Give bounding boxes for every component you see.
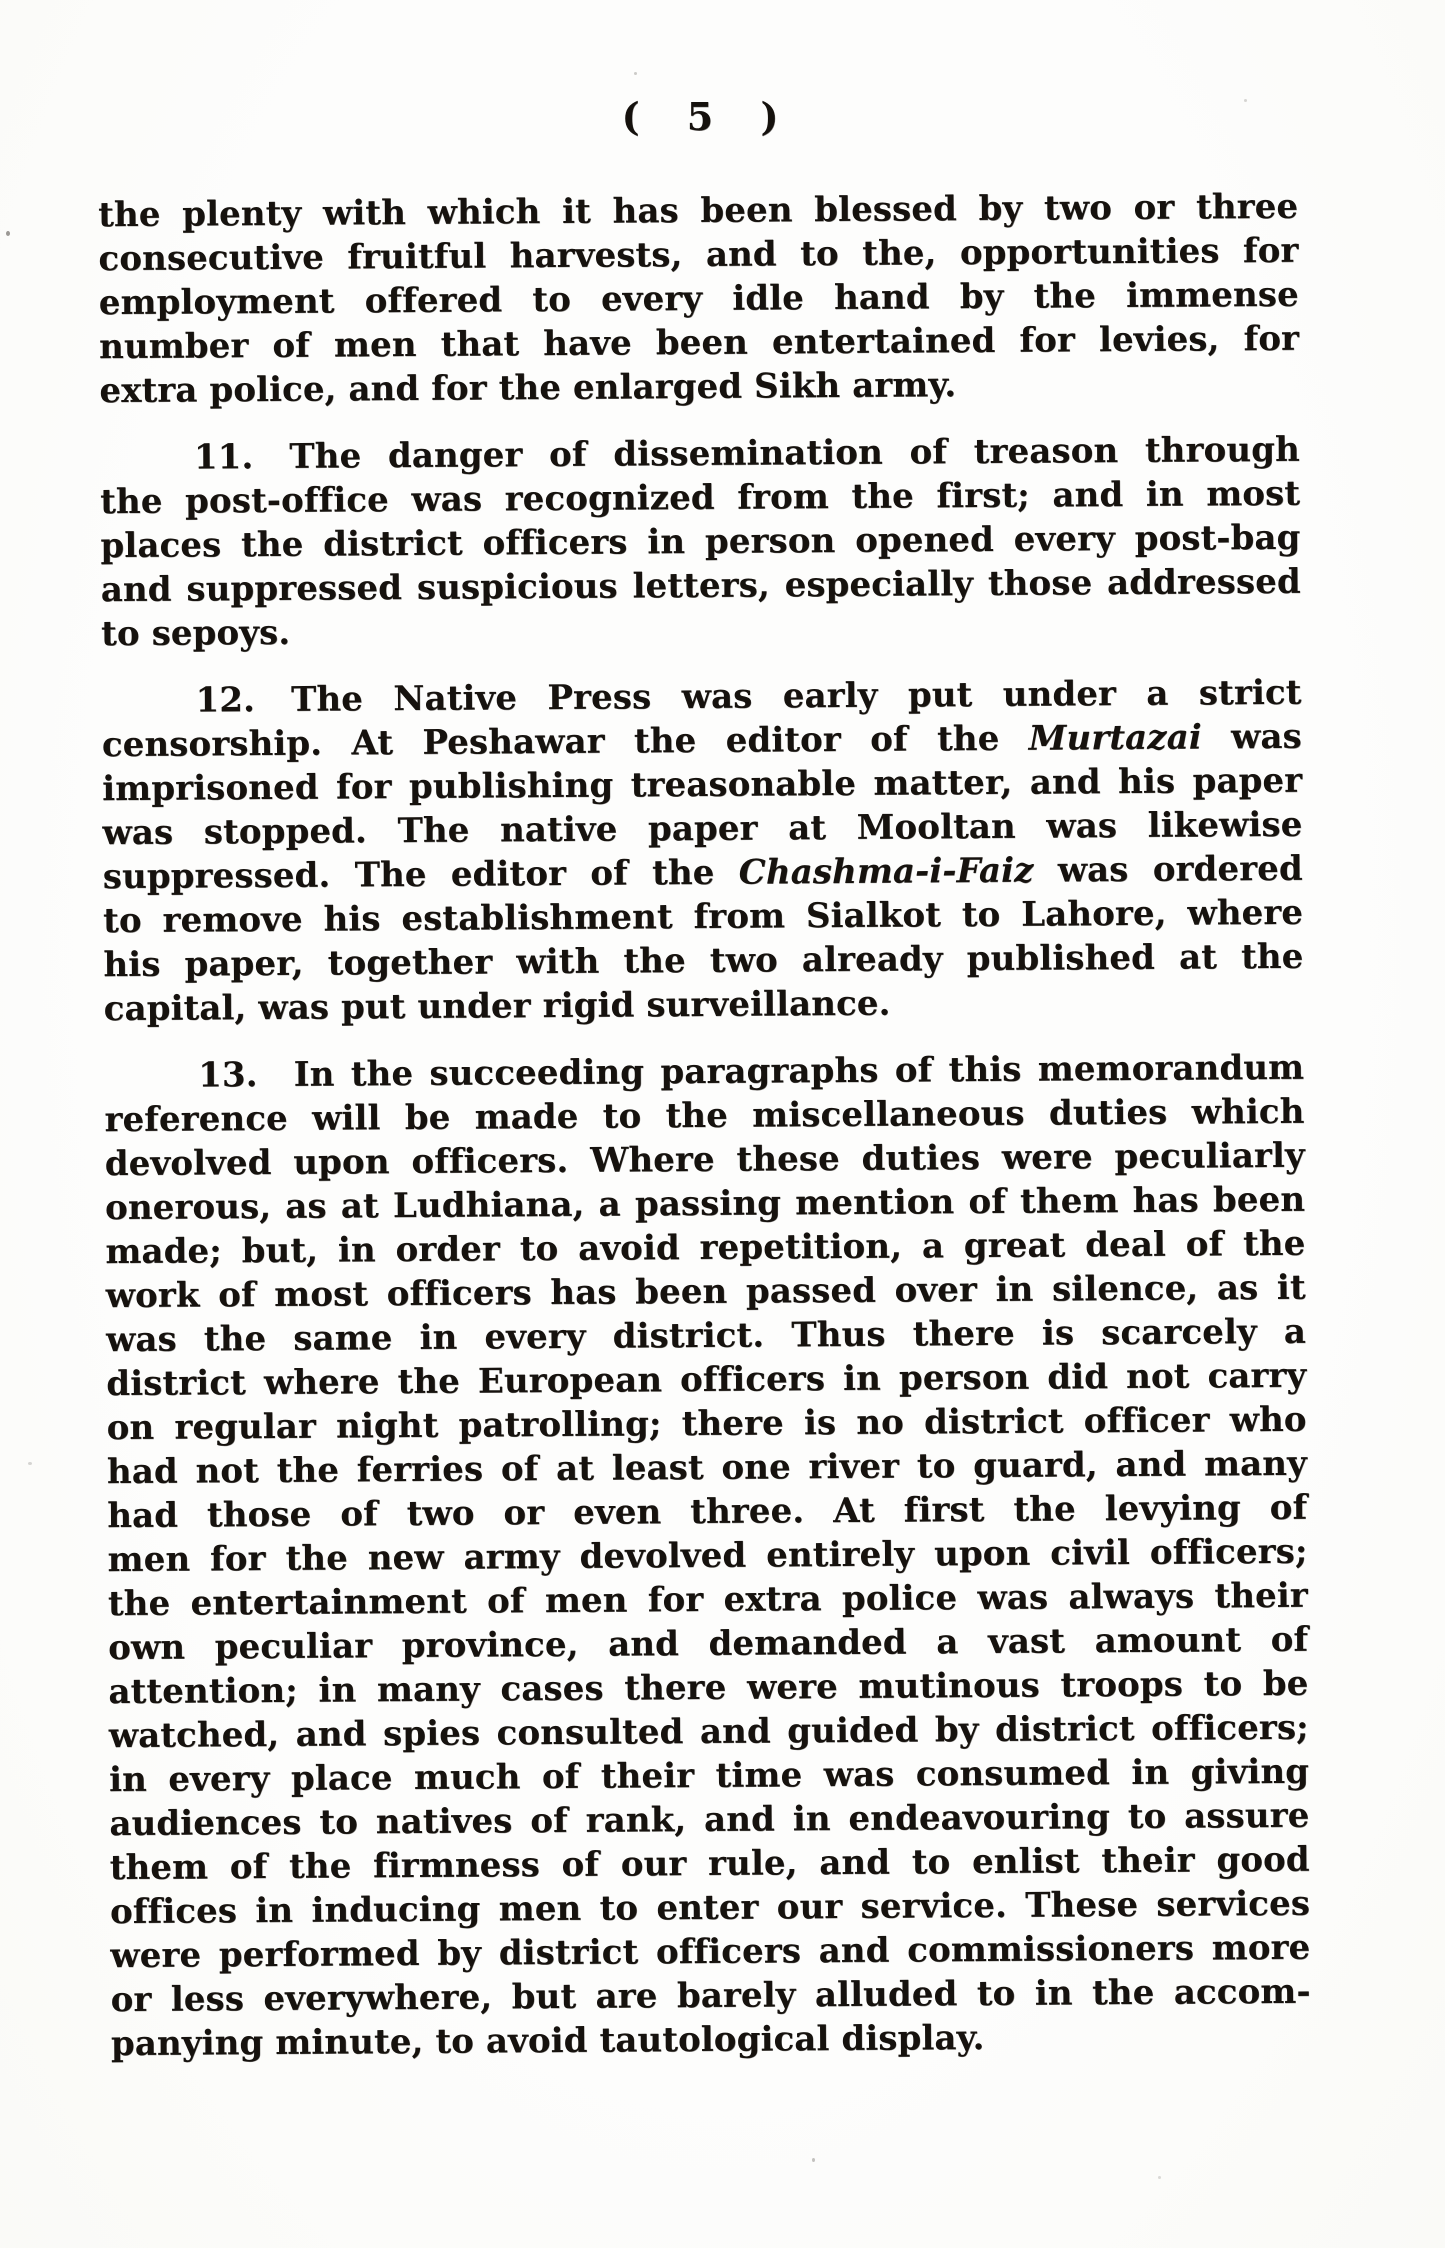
text-segment: had not the ferries of at least one rive… [107, 1444, 1307, 1492]
text-segment: was stopped. The native paper at Mooltan… [102, 805, 1302, 853]
paragraph: the plenty with which it has been blesse… [98, 185, 1300, 413]
paragraph-number: 11. [194, 437, 254, 477]
text-segment: the plenty with which it has been blesse… [98, 187, 1298, 235]
text-line: and suppressed suspicious letters, espec… [101, 560, 1301, 612]
text-line: panying minute, to avoid tautological di… [111, 2014, 1311, 2066]
paragraph: 13.In the succeeding paragraphs of this … [104, 1046, 1311, 2066]
text-segment: places the district officers in person o… [100, 518, 1300, 566]
text-segment: the entertainment of men for extra polic… [108, 1576, 1308, 1624]
text-segment: was [1202, 717, 1302, 758]
text-segment: and suppressed suspicious letters, espec… [101, 562, 1301, 610]
text-segment: employment offered to every idle hand by… [99, 275, 1299, 323]
text-segment: his paper, together with the two already… [103, 937, 1303, 985]
paragraph: 11.The danger of dissemination of treaso… [100, 428, 1302, 656]
ink-speck [28, 1462, 32, 1465]
text-line: capital, was put under rigid surveillanc… [104, 979, 1304, 1031]
ink-speck [1158, 2176, 1161, 2179]
text-segment: were performed by district officers and … [110, 1928, 1310, 1976]
text-segment: own peculiar province, and demanded a va… [108, 1620, 1308, 1668]
italic-publication-name: Chashma-i-Faiz [739, 851, 1034, 893]
text-segment: was the same in every district. Thus the… [106, 1312, 1306, 1360]
paragraph-number: 12. [195, 680, 255, 720]
text-segment: consecutive fruitful harvests, and to th… [98, 231, 1298, 279]
text-segment: district where the European officers in … [106, 1356, 1306, 1404]
text-segment: them of the firmness of our rule, and to… [110, 1840, 1310, 1888]
text-segment: attention; in many cases there were muti… [108, 1664, 1308, 1712]
text-segment: watched, and spies consulted and guided … [109, 1708, 1309, 1756]
text-line: number of men that have been entertained… [99, 317, 1299, 369]
text-segment: onerous, as at Ludhiana, a passing menti… [105, 1180, 1305, 1228]
paragraph: 12.The Native Press was early put under … [101, 671, 1303, 1031]
text-segment: In the succeeding paragraphs of this mem… [293, 1048, 1304, 1095]
text-segment: suppressed. The editor of the [103, 853, 739, 897]
text-line: or less everywhere, but are barely allud… [110, 1970, 1310, 2022]
page-number-header: ( 5 ) [0, 94, 1400, 139]
text-segment: reference will be made to the miscellane… [104, 1092, 1304, 1140]
text-segment: on regular night patrolling; there is no… [106, 1400, 1306, 1448]
text-segment: or less everywhere, but are barely allud… [110, 1972, 1310, 2020]
text-segment: offices in inducing men to enter our ser… [110, 1884, 1310, 1932]
ink-speck [6, 231, 10, 236]
text-segment: to remove his establishment from Sialkot… [103, 893, 1303, 941]
text-segment: the post-office was recognized from the … [100, 474, 1300, 522]
text-segment: number of men that have been entertained… [99, 319, 1299, 367]
paragraph-number: 13. [198, 1055, 258, 1095]
ink-speck [1244, 99, 1247, 102]
ink-speck [634, 72, 637, 75]
text-segment: was ordered [1033, 849, 1303, 891]
text-segment: extra police, and for the enlarged Sikh … [99, 365, 956, 411]
text-segment: made; but, in order to avoid repetition,… [105, 1224, 1305, 1272]
text-segment: had those of two or even three. At first… [107, 1488, 1307, 1536]
text-segment: in every place much of their time was co… [109, 1752, 1309, 1800]
ink-speck [812, 2158, 815, 2162]
text-segment: censorship. At Peshawar the editor of th… [102, 719, 1029, 765]
text-line: his paper, together with the two already… [103, 935, 1303, 987]
text-segment: The danger of dissemination of treason t… [289, 430, 1300, 477]
italic-publication-name: Murtazai [1029, 717, 1202, 758]
document-body: the plenty with which it has been blesse… [98, 185, 1311, 2066]
text-segment: panying minute, to avoid tautological di… [111, 2018, 985, 2064]
text-segment: The Native Press was early put under a s… [291, 673, 1302, 720]
text-segment: men for the new army devolved entirely u… [107, 1532, 1307, 1580]
text-segment: to sepoys. [101, 613, 290, 654]
text-line: to sepoys. [101, 604, 1301, 656]
text-segment: imprisoned for publishing treasonable ma… [102, 761, 1302, 809]
text-line: extra police, and for the enlarged Sikh … [99, 361, 1299, 413]
text-segment: work of most officers has been passed ov… [106, 1268, 1306, 1316]
text-segment: capital, was put under rigid surveillanc… [104, 984, 891, 1029]
text-segment: devolved upon officers. Where these duti… [105, 1136, 1305, 1184]
text-segment: audiences to natives of rank, and in end… [109, 1796, 1309, 1844]
